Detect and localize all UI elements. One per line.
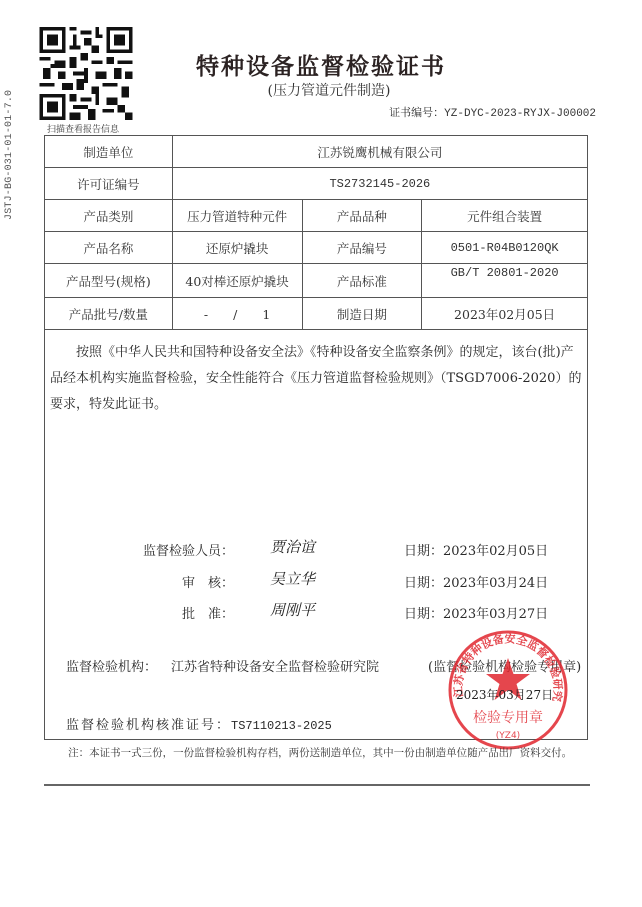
role-label: 批 准： — [122, 603, 234, 622]
cell-label: 制造日期 — [302, 298, 422, 330]
cell-value: 0501-R04B0120QK — [422, 232, 588, 264]
role-label: 监督检验人员： — [122, 540, 234, 559]
cell-value: - / 1 — [172, 298, 302, 330]
organization-name: 江苏省特种设备安全监督检验研究院 — [171, 656, 379, 675]
handwritten-signature: 贾治谊 — [270, 536, 315, 557]
cell-value: 元件组合装置 — [422, 200, 588, 232]
date-field: 日期：2023年02月05日 — [404, 540, 548, 559]
table-row: 产品批号/数量 - / 1 制造日期 2023年02月05日 — [45, 298, 588, 330]
table-row-license: 许可证编号 TS2732145-2026 — [45, 168, 588, 200]
statement-text: 按照《中华人民共和国特种设备安全法》《特种设备安全监察条例》的规定，该台(批)产… — [50, 340, 584, 418]
approval-number-line: 监督检验机构核准证号：TS7110213-2025 — [66, 714, 332, 733]
signature-row-approver: 批 准： 周刚平 日期：2023年03月27日 — [0, 603, 642, 625]
cell-label: 产品名称 — [45, 232, 173, 264]
date-field: 日期：2023年03月27日 — [404, 603, 548, 622]
cell-value: 2023年02月05日 — [422, 298, 588, 330]
cell-value: 压力管道特种元件 — [172, 200, 302, 232]
certificate-number-value: YZ-DYC-2023-RYJX-J00002 — [444, 108, 596, 120]
cell-value: GB/T 20801-2020 — [422, 264, 588, 298]
product-info-table: 制造单位 江苏锐鹰机械有限公司 许可证编号 TS2732145-2026 产品类… — [44, 135, 588, 330]
seal-code: (YZ4) — [496, 731, 520, 741]
table-row: 产品类别 压力管道特种元件 产品品种 元件组合装置 — [45, 200, 588, 232]
document-subtitle: (压力管道元件制造) — [0, 80, 642, 100]
cell-label: 产品型号(规格) — [45, 264, 173, 298]
cell-label: 产品类别 — [45, 200, 173, 232]
handwritten-signature: 周刚平 — [270, 599, 315, 620]
table-row: 产品型号(规格) 40对棒还原炉撬块 产品标准 GB/T 20801-2020 — [45, 264, 588, 298]
handwritten-signature: 吴立华 — [270, 568, 315, 589]
cell-label: 产品品种 — [302, 200, 422, 232]
organization-label: 监督检验机构： — [66, 656, 157, 675]
certificate-number-label: 证书编号： — [389, 106, 444, 119]
signature-row-inspector: 监督检验人员： 贾治谊 日期：2023年02月05日 — [0, 540, 642, 562]
seal-center-text: 检验专用章 — [473, 709, 543, 726]
table-row: 产品名称 还原炉撬块 产品编号 0501-R04B0120QK — [45, 232, 588, 264]
seal-date: 2023年03月27日 — [456, 686, 553, 703]
manufacturer-label: 制造单位 — [45, 136, 173, 168]
table-row-manufacturer: 制造单位 江苏锐鹰机械有限公司 — [45, 136, 588, 168]
certificate-number: 证书编号：YZ-DYC-2023-RYJX-J00002 — [389, 104, 596, 120]
certification-statement: 按照《中华人民共和国特种设备安全法》《特种设备安全监察条例》的规定，该台(批)产… — [50, 340, 584, 418]
footnote: 注：本证书一式三份，一份监督检验机构存档，两份送制造单位，其中一份由制造单位随产… — [44, 745, 590, 761]
date-label: 日期： — [404, 576, 443, 591]
bottom-divider — [44, 784, 590, 786]
date-value: 2023年03月27日 — [443, 607, 548, 622]
cell-value: 还原炉撬块 — [172, 232, 302, 264]
manufacturer-value: 江苏锐鹰机械有限公司 — [172, 136, 587, 168]
document-title: 特种设备监督检验证书 — [0, 48, 642, 81]
approval-label: 监督检验机构核准证号： — [66, 718, 231, 733]
cell-value: 40对棒还原炉撬块 — [172, 264, 302, 298]
footnote-text: 注：本证书一式三份，一份监督检验机构存档，两份送制造单位，其中一份由制造单位随产… — [44, 745, 590, 761]
cell-label: 产品标准 — [302, 264, 422, 298]
qr-caption: 扫描查看报告信息 — [47, 122, 119, 135]
date-value: 2023年02月05日 — [443, 544, 548, 559]
cell-label: 产品编号 — [302, 232, 422, 264]
cell-label: 产品批号/数量 — [45, 298, 173, 330]
role-label: 审 核： — [122, 572, 234, 591]
signature-row-reviewer: 审 核： 吴立华 日期：2023年03月24日 — [0, 572, 642, 594]
approval-number: TS7110213-2025 — [231, 719, 332, 733]
date-value: 2023年03月24日 — [443, 576, 548, 591]
license-value: TS2732145-2026 — [172, 168, 587, 200]
date-field: 日期：2023年03月24日 — [404, 572, 548, 591]
date-label: 日期： — [404, 607, 443, 622]
license-label: 许可证编号 — [45, 168, 173, 200]
date-label: 日期： — [404, 544, 443, 559]
